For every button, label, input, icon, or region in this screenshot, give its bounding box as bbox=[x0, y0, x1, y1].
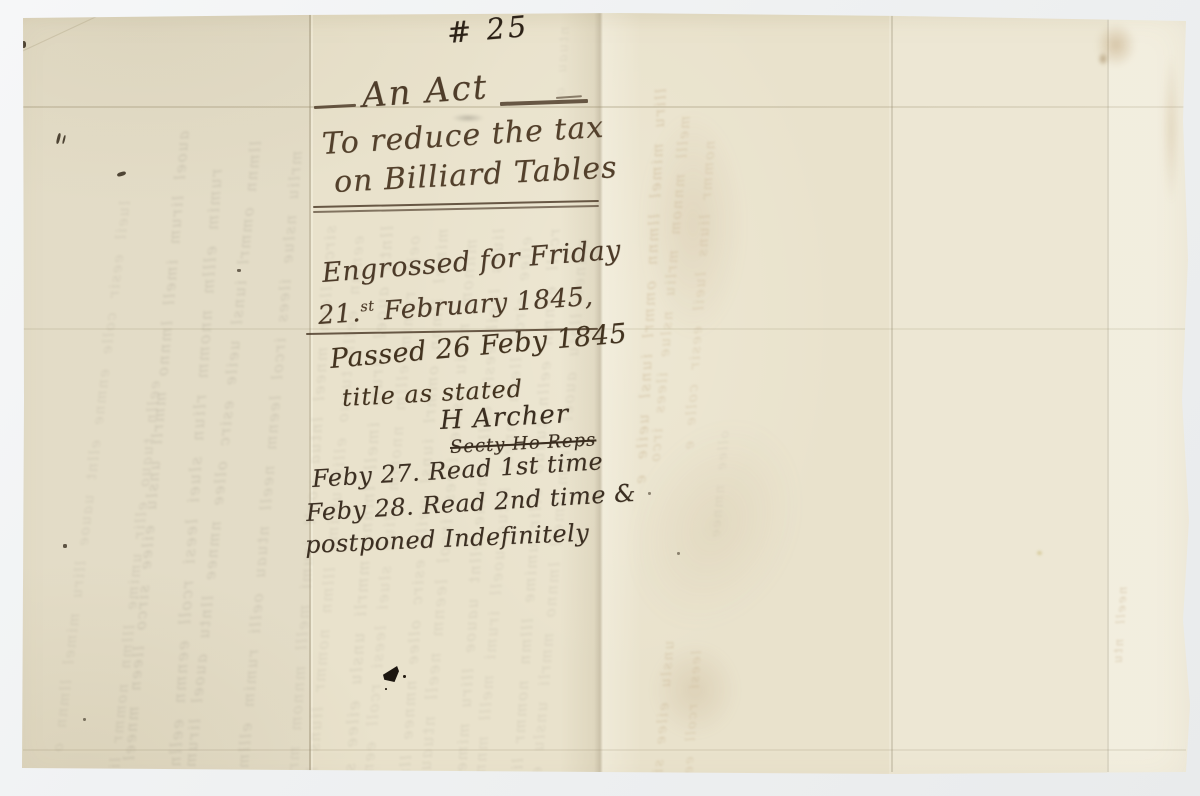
small-speck-6 bbox=[677, 552, 680, 555]
ink-blot-dot-2 bbox=[385, 688, 387, 690]
small-speck-4 bbox=[83, 718, 86, 721]
small-speck-2 bbox=[237, 269, 241, 272]
engrossed-date-ordinal: st bbox=[360, 298, 375, 315]
corner-stain-dot bbox=[1096, 50, 1110, 68]
edge-stain-streak bbox=[1160, 34, 1182, 224]
fold-crease-vertical-3 bbox=[891, 14, 893, 772]
yellow-spot bbox=[1035, 549, 1044, 557]
ink-blot-dot-1 bbox=[403, 675, 406, 678]
scan-background: # 25 An Act To reduce the tax on Billiar… bbox=[0, 0, 1200, 796]
fold-crease-horizontal-1 bbox=[23, 106, 1186, 108]
document-paper: # 25 An Act To reduce the tax on Billiar… bbox=[0, 0, 1200, 796]
edge-tick-mark bbox=[21, 41, 26, 48]
fold-crease-vertical-4 bbox=[1107, 14, 1109, 772]
small-speck-5 bbox=[648, 492, 651, 495]
engrossed-date-number: 21. bbox=[317, 298, 362, 331]
small-speck-3 bbox=[63, 544, 67, 548]
bill-number: # 25 bbox=[446, 9, 531, 50]
corner-stain bbox=[1088, 14, 1144, 76]
